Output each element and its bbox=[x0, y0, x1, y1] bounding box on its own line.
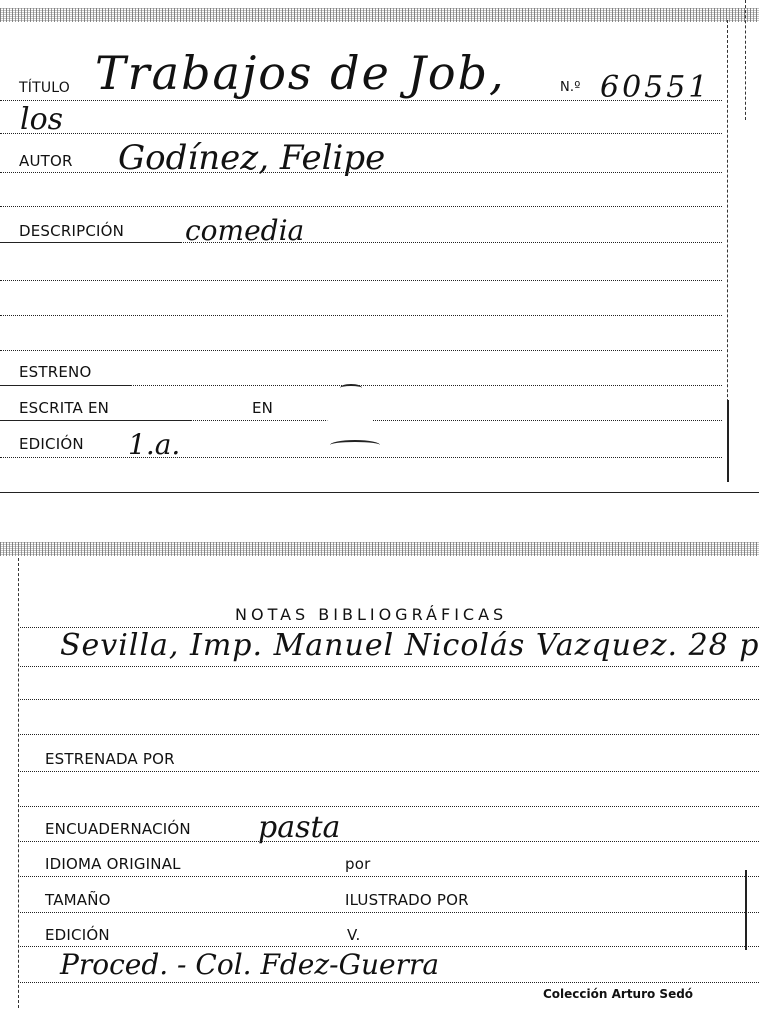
card-bottom-edge bbox=[0, 492, 759, 493]
erasure-blot bbox=[325, 395, 375, 431]
numero-label: N.º bbox=[560, 80, 581, 95]
blank-line-5 bbox=[20, 734, 759, 735]
escrita-en-underline bbox=[0, 420, 190, 421]
v-label: V. bbox=[347, 926, 361, 944]
titulo-label: TÍTULO bbox=[19, 80, 70, 96]
blank-line-4 bbox=[0, 350, 722, 351]
estrenada-por-label: ESTRENADA POR bbox=[45, 750, 175, 768]
estreno-label: ESTRENO bbox=[19, 363, 92, 381]
notas-heading: NOTAS BIBLIOGRÁFICAS bbox=[235, 605, 507, 624]
card-border-right-solid bbox=[727, 400, 729, 482]
notas-line-3 bbox=[20, 699, 759, 700]
ink-mark bbox=[340, 384, 362, 392]
descripcion-line bbox=[180, 242, 722, 243]
encuadernacion-label: ENCUADERNACIÓN bbox=[45, 820, 191, 838]
descripcion-label: DESCRIPCIÓN bbox=[19, 222, 124, 240]
notas-value: Sevilla, Imp. Manuel Nicolás Vazquez. 28… bbox=[60, 628, 759, 663]
tamano-label: TAMAÑO bbox=[45, 891, 111, 909]
autor-line bbox=[0, 172, 722, 173]
tamano-line bbox=[20, 912, 759, 913]
titulo-value-cont: los bbox=[20, 102, 63, 137]
notas-line-2 bbox=[20, 666, 759, 667]
descripcion-underline bbox=[0, 242, 180, 243]
blank-line-6 bbox=[20, 806, 759, 807]
edicion-back-line bbox=[20, 946, 759, 947]
titulo-line bbox=[0, 100, 722, 101]
catalog-card-back: NOTAS BIBLIOGRÁFICAS Sevilla, Imp. Manue… bbox=[0, 530, 759, 1028]
procedencia-value: Proced. - Col. Fdez-Guerra bbox=[60, 948, 439, 981]
edicion-label: EDICIÓN bbox=[19, 435, 84, 453]
catalog-card-front: TÍTULO Trabajos de Job, N.º 60551 los AU… bbox=[0, 0, 759, 495]
titulo-line-2 bbox=[0, 133, 722, 134]
estrenada-por-line bbox=[20, 771, 759, 772]
estreno-line bbox=[130, 385, 722, 386]
encuadernacion-line bbox=[20, 841, 759, 842]
idioma-line bbox=[20, 876, 759, 877]
escrita-en-line bbox=[190, 420, 722, 421]
blank-line-2 bbox=[0, 280, 722, 281]
edicion-line bbox=[0, 457, 722, 458]
ilustrado-por-label: ILUSTRADO POR bbox=[345, 891, 469, 909]
autor-label: AUTOR bbox=[19, 152, 73, 170]
por-label: por bbox=[345, 855, 370, 873]
en-label: EN bbox=[252, 399, 273, 417]
collection-footer: Colección Arturo Sedó bbox=[543, 987, 693, 1001]
estreno-underline bbox=[0, 385, 130, 386]
titulo-value: Trabajos de Job, bbox=[95, 46, 506, 100]
edicion-back-label: EDICIÓN bbox=[45, 926, 110, 944]
card-border-edge bbox=[745, 0, 746, 120]
scan-noise-top bbox=[0, 8, 759, 22]
scan-noise-top-back bbox=[0, 542, 759, 556]
idioma-original-label: IDIOMA ORIGINAL bbox=[45, 855, 181, 873]
card-border-right-back bbox=[745, 870, 747, 950]
ink-mark-2 bbox=[330, 440, 380, 450]
procedencia-line bbox=[20, 982, 759, 983]
card-border-left bbox=[18, 558, 19, 1008]
blank-line-3 bbox=[0, 315, 722, 316]
escrita-en-label: ESCRITA EN bbox=[19, 399, 109, 417]
encuadernacion-value: pasta bbox=[258, 810, 340, 845]
blank-line-1 bbox=[0, 206, 722, 207]
